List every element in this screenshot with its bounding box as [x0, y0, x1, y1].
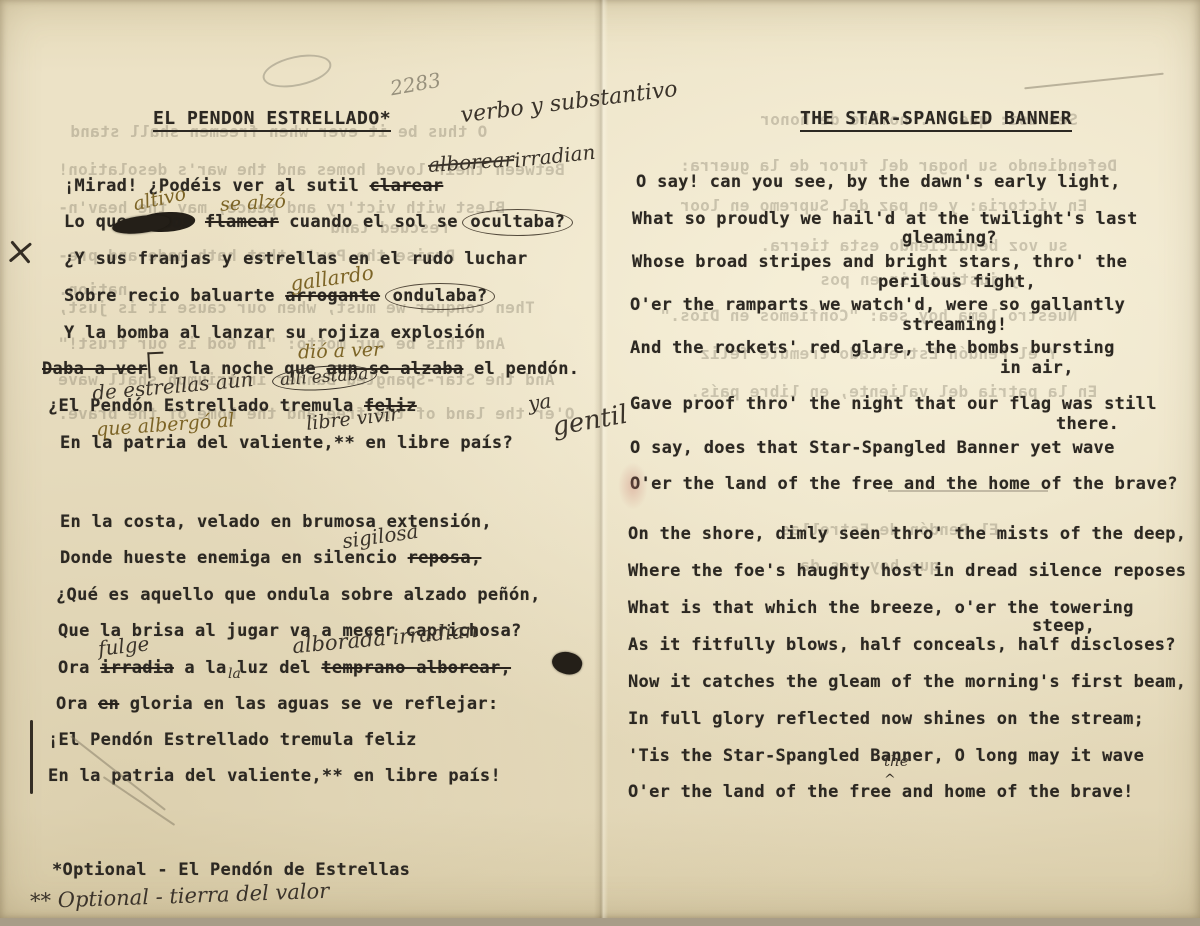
typed-text: O'er the ramparts we watch'd, were so ga…: [630, 295, 1125, 315]
poem-line: En la patria del valiente,** en libre pa…: [60, 433, 513, 453]
typed-text: And the rockets' red glare, the bombs bu…: [630, 338, 1115, 358]
poem-line: Where the foe's haughty host in dread si…: [628, 561, 1186, 581]
typed-text: gloria en las aguas se ve reflejar:: [119, 694, 498, 714]
struck-word: feliz: [364, 396, 417, 416]
struck-word: temprano alborear,: [321, 658, 511, 678]
poem-line: Whose broad stripes and bright stars, th…: [632, 252, 1127, 272]
poem-line: Que la brisa al jugar va a mecer caprich…: [58, 621, 522, 641]
struck-word: clarear: [370, 176, 444, 196]
scratch-mark: [1024, 73, 1163, 90]
struck-word: flamear: [205, 212, 279, 232]
poem-line: In full glory reflected now shines on th…: [628, 709, 1144, 729]
poem-line: ¿Qué es aquello que ondula sobre alzado …: [56, 585, 541, 605]
poem-line: perilous fight,: [878, 272, 1036, 292]
typed-text: Lo que: [64, 212, 138, 232]
poem-line: O say! can you see, by the dawn's early …: [636, 172, 1121, 192]
typed-text: ¡El Pendón Estrellado tremula feliz: [48, 730, 417, 750]
poem-line: Ora irradia a la luz del temprano albore…: [58, 658, 511, 678]
poem-line: And the rockets' red glare, the bombs bu…: [630, 338, 1115, 358]
poem-line: Lo que vimos flamear cuando el sol se oc…: [64, 212, 567, 233]
poem-line: Gave proof thro' the night that our flag…: [630, 394, 1157, 414]
poem-line: O'er the land of the free and the home o…: [630, 474, 1178, 494]
typed-text: ¿Qué es aquello que ondula sobre alzado …: [56, 585, 541, 605]
scanned-typescript-page: O thus be it ever when freemen shall sta…: [0, 0, 1200, 918]
poem-line: ¿Y sus franjas y estrellas en el rudo lu…: [64, 249, 528, 269]
typed-text: en la noche que: [147, 359, 326, 379]
poem-line: gleaming?: [902, 228, 997, 248]
handwritten-annotation: verbo y substantivo: [459, 77, 679, 128]
poem-line: ¡El Pendón Estrellado tremula feliz: [48, 730, 417, 750]
typed-text: En la patria del valiente,** en libre pa…: [60, 433, 513, 453]
struck-word: irradia: [100, 658, 174, 678]
poem-line: What is that which the breeze, o'er the …: [628, 598, 1134, 618]
typed-text: Ora: [58, 658, 100, 678]
typed-text: O'er the land of the free and home of th…: [628, 782, 1134, 802]
poem-line: there.: [1056, 414, 1119, 434]
typed-text: steep,: [1032, 616, 1095, 636]
struck-word: arrogante: [285, 286, 380, 306]
poem-line: Now it catches the gleam of the morning'…: [628, 672, 1186, 692]
blotted-word: vimos: [137, 212, 196, 232]
typed-text: Ora: [56, 694, 98, 714]
typed-text: in air,: [1000, 358, 1074, 378]
poem-line: O say, does that Star-Spangled Banner ye…: [630, 438, 1115, 458]
left-poem-title: EL PENDON ESTRELLADO*: [96, 108, 448, 129]
typed-text: On the shore, dimly seen thro' the mists…: [628, 524, 1186, 544]
poem-line: En la costa, velado en brumosa extensión…: [60, 512, 492, 532]
typed-text: Now it catches the gleam of the morning'…: [628, 672, 1186, 692]
poem-line: ¡Mirad! ¿Podéis ver al sutil clarear: [64, 176, 443, 196]
poem-line: Daba a ver en la noche que aun se alzaba…: [42, 359, 579, 379]
struck-word: en: [98, 694, 119, 714]
typed-text: streaming!: [902, 315, 1007, 335]
typed-text: ¡Mirad! ¿Podéis ver al sutil: [64, 176, 370, 196]
typed-text: Where the foe's haughty host in dread si…: [628, 561, 1186, 581]
typed-text: Que la brisa al jugar va a mecer caprich…: [58, 621, 522, 641]
typed-text: there.: [1056, 414, 1119, 434]
typed-text: What is that which the breeze, o'er the …: [628, 598, 1134, 618]
typed-text: perilous fight,: [878, 272, 1036, 292]
typed-text: O say, does that Star-Spangled Banner ye…: [630, 438, 1115, 458]
typed-text: Whose broad stripes and bright stars, th…: [632, 252, 1127, 272]
poem-line: As it fitfully blows, half conceals, hal…: [628, 635, 1176, 655]
typed-text: As it fitfully blows, half conceals, hal…: [628, 635, 1176, 655]
poem-line: En la patria del valiente,** en libre pa…: [48, 766, 501, 786]
cross-mark: [4, 236, 34, 268]
poem-line: On the shore, dimly seen thro' the mists…: [628, 524, 1186, 544]
poem-line: 'Tis the Star-Spangled Banner, O long ma…: [628, 746, 1144, 766]
poem-line: streaming!: [902, 315, 1007, 335]
handwritten-annotation: 2283: [388, 68, 442, 100]
page-fold-crease: [594, 0, 608, 918]
vline-mark: [30, 720, 33, 794]
right-poem-title: THE STAR-SPANGLED BANNER: [766, 108, 1106, 129]
typed-text: Donde hueste enemiga en silencio: [60, 548, 408, 568]
handwritten-annotation: irradian: [513, 140, 597, 172]
circled-word: ondulaba?: [385, 283, 496, 310]
typed-text: In full glory reflected now shines on th…: [628, 709, 1144, 729]
typed-text: ¿Y sus franjas y estrellas en el rudo lu…: [64, 249, 528, 269]
poem-line: ¿El Pendón Estrellado tremula feliz: [48, 396, 417, 416]
struck-word: reposa,: [408, 548, 482, 568]
typed-text: En la patria del valiente,** en libre pa…: [48, 766, 501, 786]
typed-text: Sobre recio baluarte: [64, 286, 285, 306]
typed-text: 'Tis the Star-Spangled Banner, O long ma…: [628, 746, 1144, 766]
poem-line: O'er the land of the free and home of th…: [628, 782, 1134, 802]
typed-text: O say! can you see, by the dawn's early …: [636, 172, 1121, 192]
typed-text: O'er the land of the free and the home o…: [630, 474, 1178, 494]
circled-word: ocultaba?: [462, 209, 573, 236]
oval-mark: [260, 49, 335, 93]
handwritten-annotation: alborear: [427, 147, 515, 177]
typed-text: Y la bomba al lanzar su rojiza explosión: [64, 323, 485, 343]
poem-line: What so proudly we hail'd at the twiligh…: [632, 209, 1138, 229]
handwritten-annotation: ya: [526, 388, 552, 415]
handwritten-annotation: ** Optional - tierra del valor: [30, 879, 330, 913]
poem-line: steep,: [1032, 616, 1095, 636]
typed-text: gleaming?: [902, 228, 997, 248]
typed-text: What so proudly we hail'd at the twiligh…: [632, 209, 1138, 229]
poem-line: Ora en gloria en las aguas se ve refleja…: [56, 694, 498, 714]
blot-mark: [549, 648, 584, 678]
poem-line: O'er the ramparts we watch'd, were so ga…: [630, 295, 1125, 315]
typed-text: [194, 212, 205, 232]
typed-text: a la luz del: [174, 658, 322, 678]
typed-text: cuando el sol se: [279, 212, 469, 232]
poem-line: in air,: [1000, 358, 1074, 378]
typed-text: Gave proof thro' the night that our flag…: [630, 394, 1157, 414]
poem-line: Y la bomba al lanzar su rojiza explosión: [64, 323, 485, 343]
poem-line: Donde hueste enemiga en silencio reposa,: [60, 548, 481, 568]
struck-word: aun se alzaba: [326, 359, 463, 379]
poem-line: Sobre recio baluarte arrogante ondulaba?: [64, 286, 489, 307]
footnote-typed: *Optional - El Pendón de Estrellas: [52, 860, 410, 880]
handwritten-annotation: gentil: [550, 400, 630, 443]
typed-text: En la costa, velado en brumosa extensión…: [60, 512, 492, 532]
typed-text: ¿El Pendón Estrellado tremula: [48, 396, 364, 416]
struck-word: Daba a ver: [42, 359, 147, 379]
typed-text: el pendón.: [463, 359, 579, 379]
